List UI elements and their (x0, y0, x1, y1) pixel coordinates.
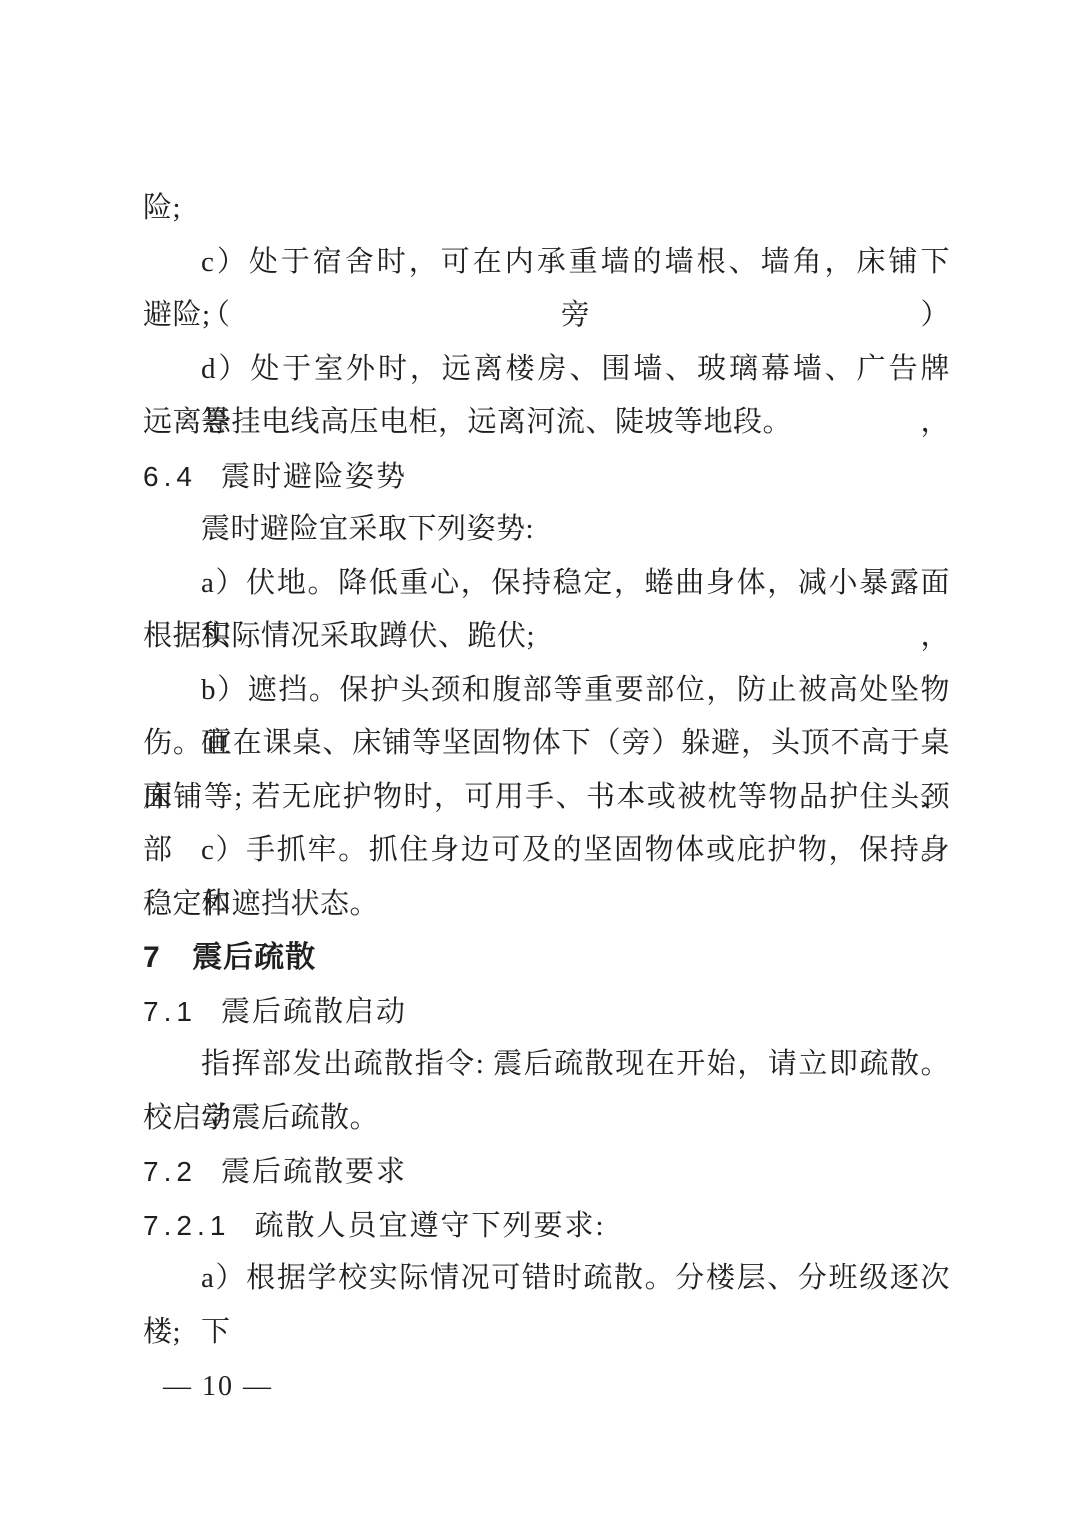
document-page: 险; c）处于宿舍时，可在内承重墙的墙根、墙角，床铺下（旁） 避险; d）处于室… (0, 0, 1080, 1527)
body-line: 伤。宜在课桌、床铺等坚固物体下（旁）躲避，头顶不高于桌面、 (143, 717, 950, 771)
body-line: 床铺等; 若无庇护物时，可用手、书本或被枕等物品护住头颈部。 (143, 771, 950, 825)
chapter-heading: 7震后疏散 (143, 931, 950, 985)
section-heading: 7.2震后疏散要求 (143, 1145, 950, 1199)
body-line: b）遮挡。保护头颈和腹部等重要部位，防止被高处坠物砸 (143, 664, 950, 718)
section-title: 震时避险姿势 (221, 461, 407, 493)
body-line: 指挥部发出疏散指令: 震后疏散现在开始，请立即疏散。学 (143, 1038, 950, 1092)
chapter-number: 7 (143, 941, 160, 974)
body-line: 楼; (143, 1306, 950, 1360)
body-line: c）处于宿舍时，可在内承重墙的墙根、墙角，床铺下（旁） (143, 236, 950, 290)
body-line: a）伏地。降低重心，保持稳定，蜷曲身体，减小暴露面积， (143, 557, 950, 611)
section-number: 7.2 (143, 1156, 197, 1187)
document-body: 险; c）处于宿舍时，可在内承重墙的墙根、墙角，床铺下（旁） 避险; d）处于室… (143, 182, 950, 1359)
body-line: 校启动震后疏散。 (143, 1092, 950, 1146)
section-number: 6.4 (143, 461, 197, 492)
body-line: 震时避险宜采取下列姿势: (143, 503, 950, 557)
section-number: 7.1 (143, 996, 197, 1027)
section-title: 震后疏散启动 (221, 996, 407, 1028)
subsection-title: 疏散人员宜遵守下列要求: (254, 1210, 605, 1242)
subsection-number: 7.2.1 (143, 1210, 230, 1241)
body-line: c）手抓牢。抓住身边可及的坚固物体或庇护物，保持身体 (143, 824, 950, 878)
section-heading: 7.1震后疏散启动 (143, 985, 950, 1039)
subsection-heading: 7.2.1疏散人员宜遵守下列要求: (143, 1199, 950, 1253)
page-number: — 10 — (163, 1372, 273, 1402)
body-line: 稳定和遮挡状态。 (143, 878, 950, 932)
body-line: 险; (143, 182, 950, 236)
chapter-title: 震后疏散 (192, 941, 316, 974)
section-title: 震后疏散要求 (221, 1156, 407, 1188)
body-line: d）处于室外时，远离楼房、围墙、玻璃幕墙、广告牌等， (143, 343, 950, 397)
body-line: a）根据学校实际情况可错时疏散。分楼层、分班级逐次下 (143, 1252, 950, 1306)
section-heading: 6.4震时避险姿势 (143, 450, 950, 504)
